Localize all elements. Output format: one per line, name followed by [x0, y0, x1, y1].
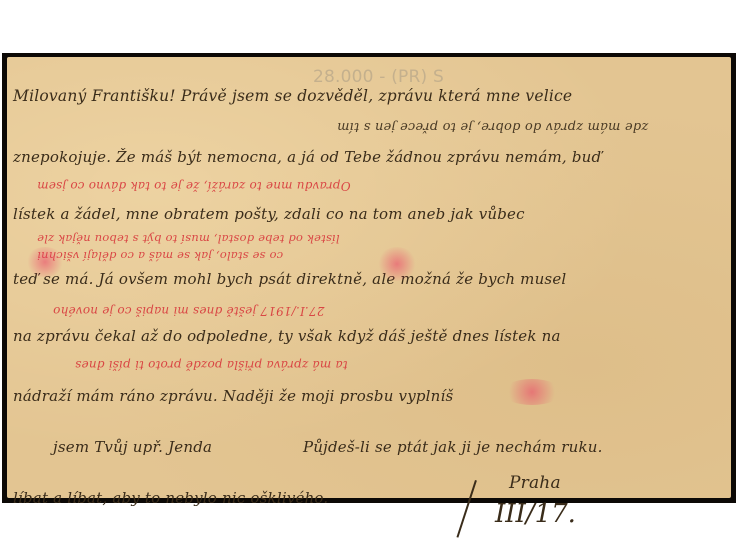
upside-down-line-6: ta má zpráva přišla pozdě proto ti píši … [75, 358, 348, 372]
upside-down-line-1: zde mám zpráv do dobre, je to přece jen … [337, 119, 648, 134]
postcard-paper: 28.000 - (PR) S Milovaný Františku! Práv… [7, 57, 731, 498]
upside-down-line-5: 27.I./1917 ještě dnes mi napiš co je nov… [53, 304, 324, 318]
handwritten-line-4: teď se má. Já ovšem mohl bych psát direk… [13, 270, 566, 288]
handwritten-line-3: lístek a žádel, mne obratem pošty, zdali… [13, 205, 525, 223]
signature-line: jsem Tvůj upř. Jenda [53, 438, 212, 456]
handwritten-line-8: líbat a líbat, aby to nebylo nic ošklivé… [13, 489, 328, 507]
place-name: Praha [509, 473, 561, 493]
upside-down-line-3: lístek od tebe dostal, musí to být s teb… [37, 232, 340, 246]
handwritten-line-1: Milovaný Františku! Právě jsem se dozvěd… [13, 87, 572, 105]
postcard-frame: 28.000 - (PR) S Milovaný Františku! Práv… [2, 53, 736, 503]
date-notation: III/17. [495, 499, 576, 529]
divider-stroke [456, 480, 476, 538]
handwritten-line-7: Půjdeš-li se ptát jak ji je nechám ruku. [303, 438, 603, 456]
handwritten-line-6: nádraží mám ráno zprávu. Naději že moji … [13, 387, 453, 405]
red-ink-smudge [502, 379, 562, 405]
upside-down-line-4: co se stalo, jak se máš a co dělají všic… [37, 249, 283, 263]
red-ink-smudge [25, 247, 65, 277]
handwritten-line-5: na zprávu čekal až do odpoledne, ty však… [13, 327, 561, 345]
pencil-annotation: 28.000 - (PR) S [313, 67, 444, 87]
upside-down-line-2: Opravdu mne to zaráží, že je to tak dávn… [37, 179, 351, 193]
red-ink-smudge [377, 247, 417, 281]
handwritten-line-2: znepokojuje. Že máš být nemocna, a já od… [13, 148, 601, 166]
